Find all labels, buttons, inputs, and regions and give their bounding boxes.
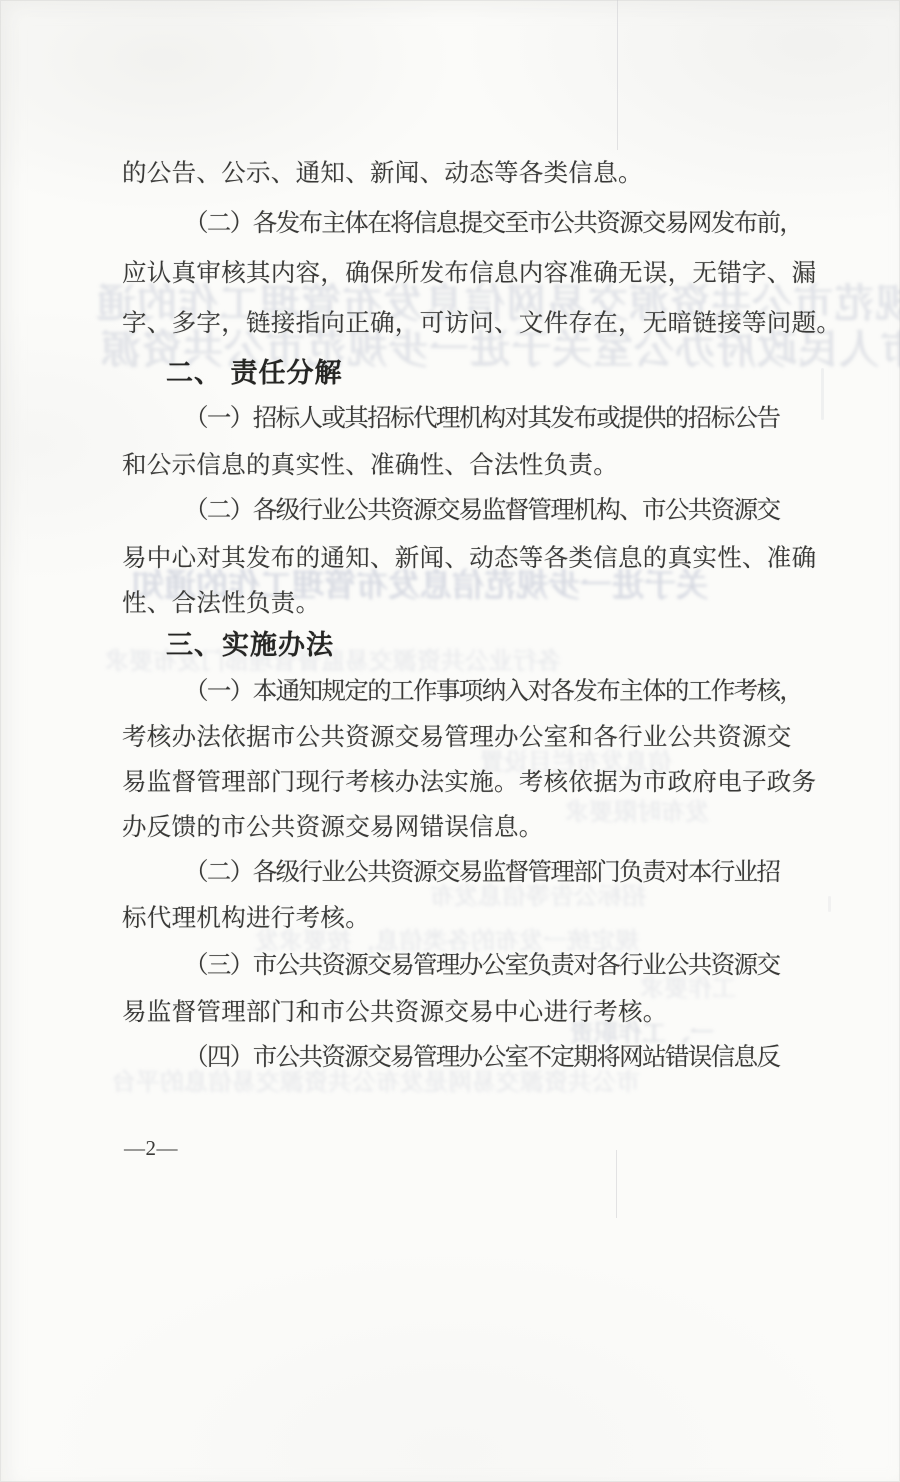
text-line: 性、合法性负责。 — [122, 588, 320, 620]
text-line: （二）各级行业公共资源交易监督管理机构、市公共资源交 — [184, 495, 779, 527]
scan-artifact-line — [617, 0, 618, 150]
text-line: （二）各级行业公共资源交易监督管理部门负责对本行业招 — [184, 857, 779, 889]
text-line: 和公示信息的真实性、准确性、合法性负责。 — [122, 450, 618, 482]
section-heading: 二、 责任分解 — [166, 357, 343, 389]
text-line: （一）招标人或其招标代理机构对其发布或提供的招标公告 — [184, 403, 779, 435]
text-line: 易监督管理部门现行考核办法实施。考核依据为市政府电子政务 — [122, 767, 816, 799]
text-line: 应认真审核其内容，确保所发布信息内容准确无误，无错字、漏 — [122, 258, 816, 290]
text-line: （三）市公共资源交易管理办公室负责对各行业公共资源交 — [184, 950, 779, 982]
text-line: 办反馈的市公共资源交易网错误信息。 — [122, 812, 544, 844]
text-line: （四）市公共资源交易管理办公室不定期将网站错误信息反 — [184, 1042, 779, 1074]
page-number: —2— — [124, 1136, 178, 1161]
document-page: 规范市公共资源交易网信息发布管理工作的通 市人民政府办公室关于进一步规范市公共资… — [0, 0, 900, 1482]
text-line: 易中心对其发布的通知、新闻、动态等各类信息的真实性、准确 — [122, 543, 816, 575]
scan-artifact-mark — [828, 896, 831, 912]
scan-artifact-line — [616, 1150, 617, 1218]
text-line: 字、多字，链接指向正确，可访问、文件存在，无暗链接等问题。 — [122, 308, 841, 340]
text-line: （一）本通知规定的工作事项纳入对各发布主体的工作考核， — [184, 676, 802, 708]
text-line: 易监督管理部门和市公共资源交易中心进行考核。 — [122, 997, 668, 1029]
text-line: 的公告、公示、通知、新闻、动态等各类信息。 — [122, 158, 643, 190]
text-line: 考核办法依据市公共资源交易管理办公室和各行业公共资源交 — [122, 722, 792, 754]
scan-artifact-mark — [821, 368, 824, 420]
section-heading: 三、实施办法 — [166, 629, 334, 661]
text-line: （二）各发布主体在将信息提交至市公共资源交易网发布前， — [184, 208, 802, 240]
text-line: 标代理机构进行考核。 — [122, 903, 370, 935]
